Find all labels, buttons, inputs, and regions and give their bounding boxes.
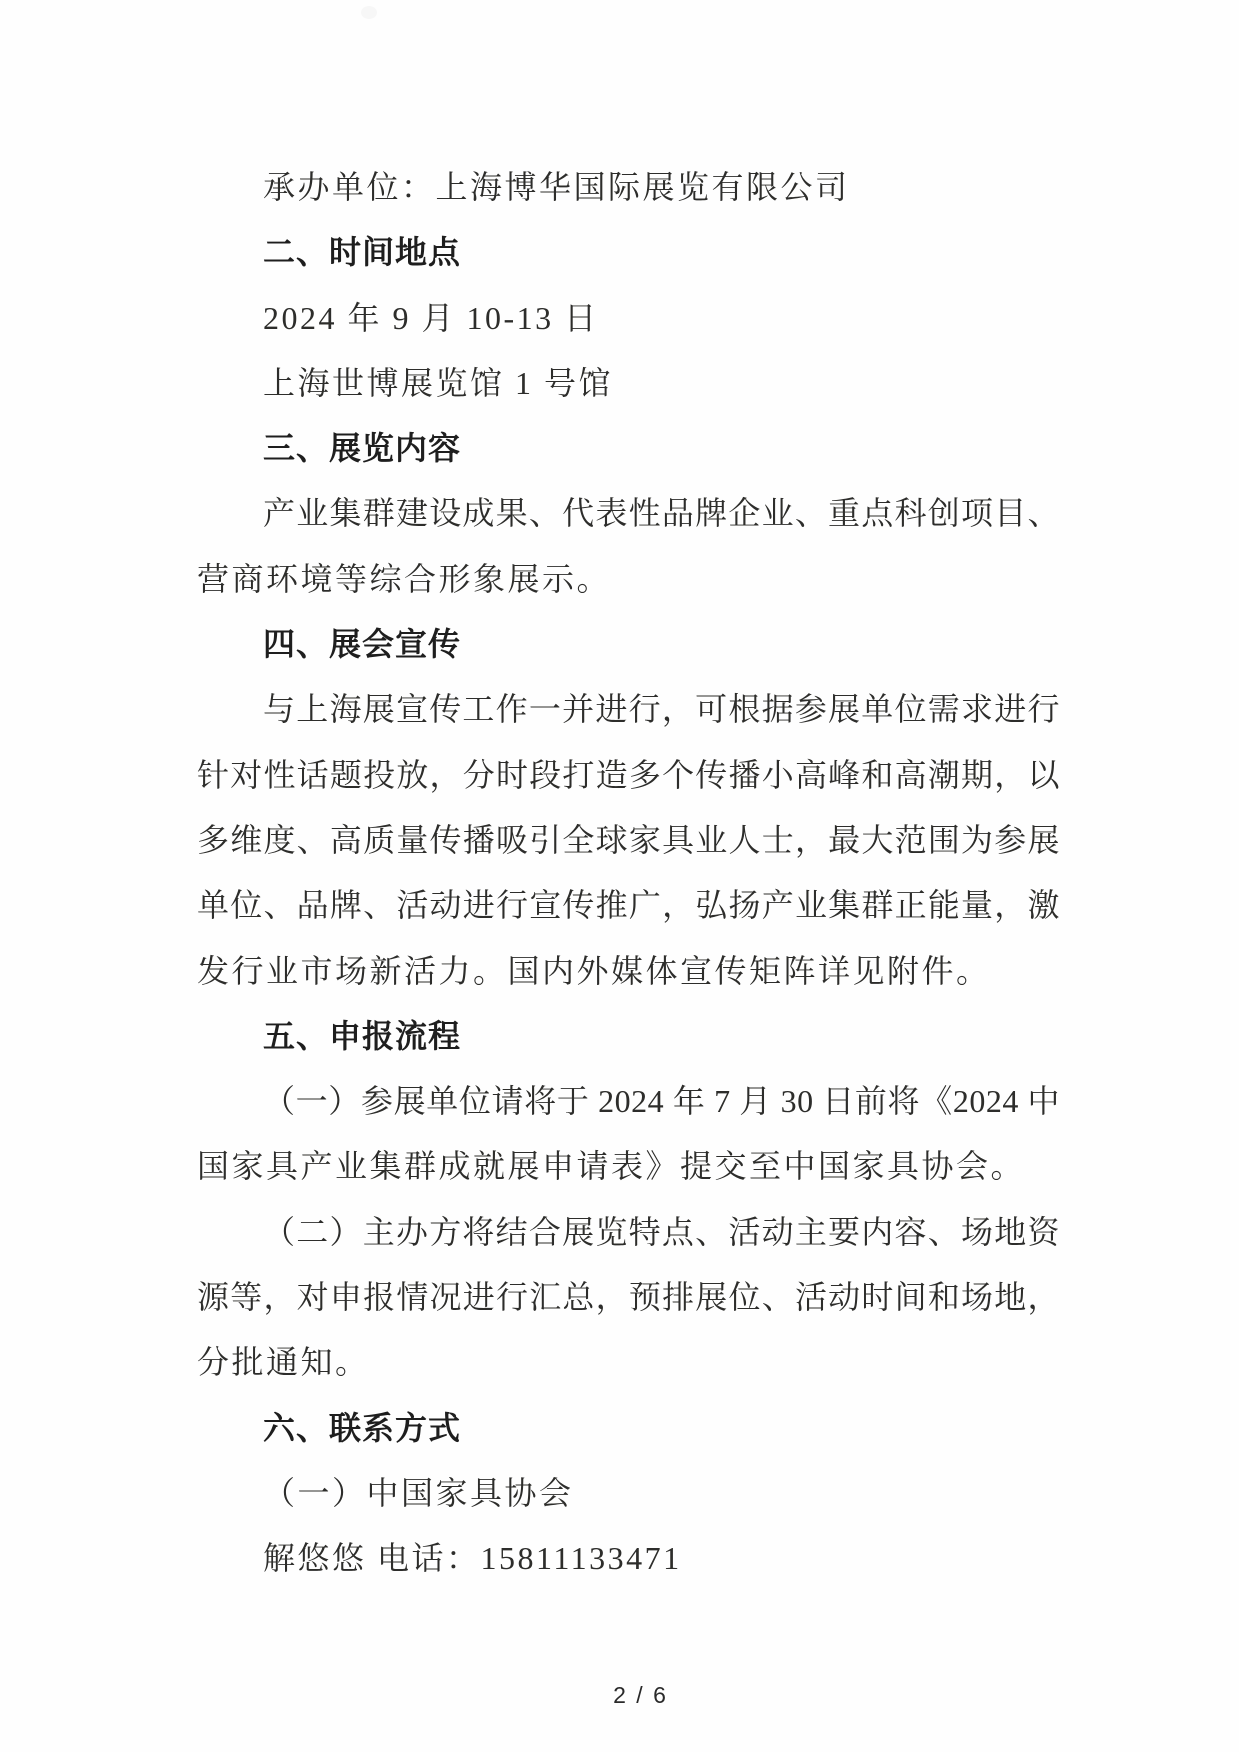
section-heading: 四、展会宣传: [197, 612, 1060, 677]
text-line: 单位、品牌、活动进行宣传推广，弘扬产业集群正能量，激: [197, 873, 1060, 938]
text-line: （一）参展单位请将于 2024 年 7 月 30 日前将《2024 中: [197, 1069, 1060, 1134]
section-heading: 二、时间地点: [197, 220, 1060, 285]
text-line: 分批通知。: [197, 1330, 1060, 1395]
section-heading: 三、展览内容: [197, 416, 1060, 481]
text-line: 2024 年 9 月 10-13 日: [197, 286, 1060, 351]
section-heading: 六、联系方式: [197, 1396, 1060, 1461]
text-line: 源等，对申报情况进行汇总，预排展位、活动时间和场地，: [197, 1265, 1060, 1330]
text-line: 与上海展宣传工作一并进行，可根据参展单位需求进行: [197, 677, 1060, 742]
page-footer: 2 / 6: [21, 1682, 1239, 1709]
text-line: 国家具产业集群成就展申请表》提交至中国家具协会。: [197, 1134, 1060, 1199]
document-body: 承办单位：上海博华国际展览有限公司二、时间地点2024 年 9 月 10-13 …: [197, 155, 1060, 1592]
text-line: 上海世博展览馆 1 号馆: [197, 351, 1060, 416]
text-line: 产业集群建设成果、代表性品牌企业、重点科创项目、: [197, 481, 1060, 546]
scan-artifact: [361, 6, 377, 19]
text-line: 承办单位：上海博华国际展览有限公司: [197, 155, 1060, 220]
text-line: （二）主办方将结合展览特点、活动主要内容、场地资: [197, 1200, 1060, 1265]
text-line: （一）中国家具协会: [197, 1461, 1060, 1526]
section-heading: 五、申报流程: [197, 1004, 1060, 1069]
page-number: 2 / 6: [613, 1682, 668, 1708]
text-line: 解悠悠 电话：15811133471: [197, 1526, 1060, 1591]
text-line: 营商环境等综合形象展示。: [197, 547, 1060, 612]
text-line: 针对性话题投放，分时段打造多个传播小高峰和高潮期，以: [197, 743, 1060, 808]
document-page: 承办单位：上海博华国际展览有限公司二、时间地点2024 年 9 月 10-13 …: [0, 0, 1239, 1752]
text-line: 多维度、高质量传播吸引全球家具业人士，最大范围为参展: [197, 808, 1060, 873]
text-line: 发行业市场新活力。国内外媒体宣传矩阵详见附件。: [197, 939, 1060, 1004]
